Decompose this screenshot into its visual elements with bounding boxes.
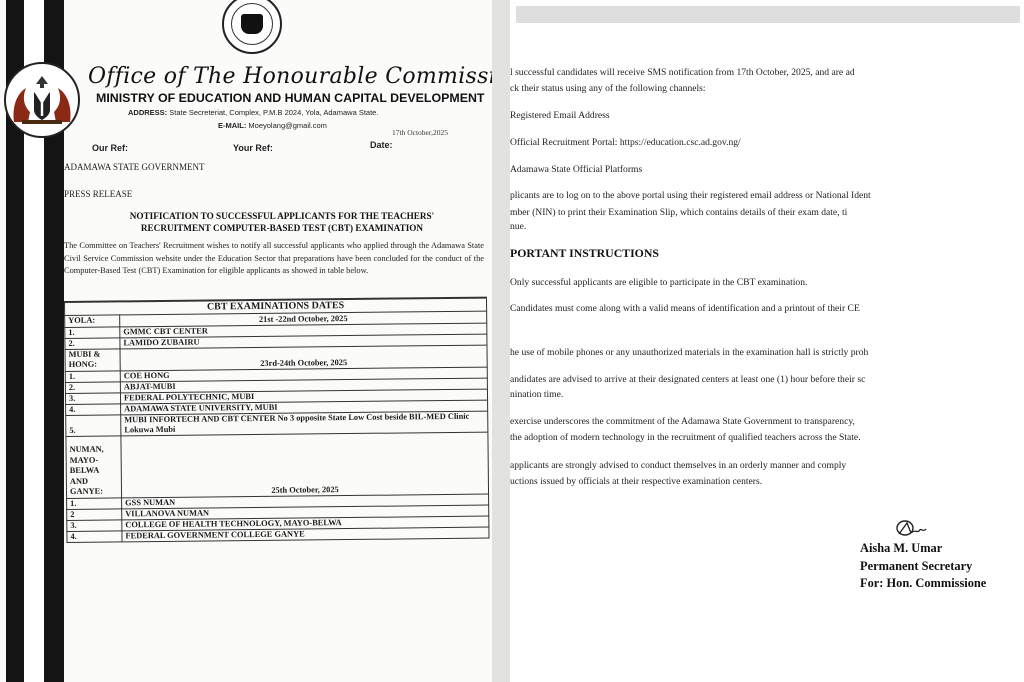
notification-title-line: NOTIFICATION TO SUCCESSFUL APPLICANTS FO…: [72, 210, 492, 222]
commitment-line: exercise underscores the commitment of t…: [510, 414, 1024, 430]
signatory-block: Aisha M. Umar Permanent Secretary For: H…: [860, 540, 986, 593]
center-number: 4.: [66, 403, 121, 415]
your-ref-label: Your Ref:: [233, 143, 273, 153]
instruction-item: Candidates must come along with a valid …: [510, 301, 1024, 317]
press-release-label: PRESS RELEASE: [64, 189, 132, 199]
email-label: E-MAIL:: [218, 121, 246, 130]
conduct-line: uctions issued by officials at their res…: [510, 474, 1024, 490]
center-number: 4.: [67, 530, 122, 542]
conduct-line: applicants are strongly advised to condu…: [510, 458, 1024, 474]
sms-notice-line: ck their status using any of the followi…: [510, 81, 1024, 97]
email: E-MAIL: Moeyolang@gmail.com: [218, 121, 327, 130]
channel-item: Registered Email Address: [510, 108, 1024, 124]
region-row: NUMAN, MAYO-BELWA AND GANYE:25th October…: [66, 432, 489, 498]
signatory-name: Aisha M. Umar: [860, 540, 986, 558]
region-name: NUMAN, MAYO-BELWA AND GANYE:: [66, 435, 122, 498]
email-value: Moeyolang@gmail.com: [248, 121, 326, 130]
center-number: 5.: [66, 414, 121, 436]
region-name: MUBI & HONG:: [65, 348, 120, 371]
instruction-item: andidates are advised to arrive at their…: [510, 372, 1024, 388]
instructions-heading: PORTANT INSTRUCTIONS: [510, 246, 1024, 262]
address: ADDRESS: State Secreteriat, Complex, P.M…: [128, 108, 378, 117]
center-number: 1.: [65, 370, 120, 382]
notification-title-line: RECRUITMENT COMPUTER-BASED TEST (CBT) EX…: [72, 222, 492, 234]
address-value: State Secreteriat, Complex, P.M.B 2024, …: [169, 108, 378, 117]
center-number: 2.: [65, 381, 120, 393]
signatory-for: For: Hon. Commissione: [860, 575, 986, 593]
center-number: 1.: [67, 497, 122, 509]
instruction-item: Only successful applicants are eligible …: [510, 275, 1024, 291]
instruction-item: he use of mobile phones or any unauthori…: [510, 345, 1024, 361]
our-ref-label: Our Ref:: [92, 143, 128, 153]
center-number: 3.: [65, 392, 120, 404]
channel-item-portal: Official Recruitment Portal: https://edu…: [510, 135, 1024, 151]
center-number: 3.: [67, 519, 122, 531]
center-number: 2: [67, 508, 122, 520]
press-release-page-2: l successful candidates will receive SMS…: [510, 0, 1024, 682]
center-number: 2.: [65, 337, 120, 349]
signatory-title: Permanent Secretary: [860, 558, 986, 576]
ministry-name: MINISTRY OF EDUCATION AND HUMAN CAPITAL …: [96, 91, 486, 105]
sms-notice-line: l successful candidates will receive SMS…: [510, 65, 1024, 81]
cbt-dates-table: CBT EXAMINATIONS DATES YOLA:21st -22nd O…: [64, 297, 490, 543]
page-gutter: [492, 0, 510, 682]
commitment-line: the adoption of modern technology in the…: [510, 430, 1024, 446]
address-label: ADDRESS:: [128, 108, 167, 117]
letter-date: 17th October,2025: [392, 128, 448, 137]
portal-instruction-line: nue.: [510, 219, 1024, 235]
intro-paragraph: The Committee on Teachers' Recruitment w…: [64, 240, 484, 278]
state-government: ADAMAWA STATE GOVERNMENT: [64, 162, 205, 172]
date-label: Date:: [370, 140, 393, 150]
nigeria-coat-of-arms-icon: [4, 62, 80, 138]
portal-instruction-line: plicants are to log on to the above port…: [510, 188, 1024, 204]
press-release-page-1: Office of The Honourable Commissioner MI…: [0, 0, 492, 682]
channel-item: Adamawa State Official Platforms: [510, 162, 1024, 178]
instruction-item: nination time.: [510, 387, 1024, 403]
center-number: 1.: [65, 326, 120, 338]
exam-date: 25th October, 2025: [121, 432, 489, 498]
adamawa-state-seal-icon: [222, 0, 282, 54]
region-name: YOLA:: [65, 315, 120, 327]
notification-title: NOTIFICATION TO SUCCESSFUL APPLICANTS FO…: [72, 210, 492, 234]
page-top-shadow: [516, 6, 1020, 23]
office-title: Office of The Honourable Commissioner: [88, 64, 488, 89]
signature-icon: [893, 519, 933, 541]
